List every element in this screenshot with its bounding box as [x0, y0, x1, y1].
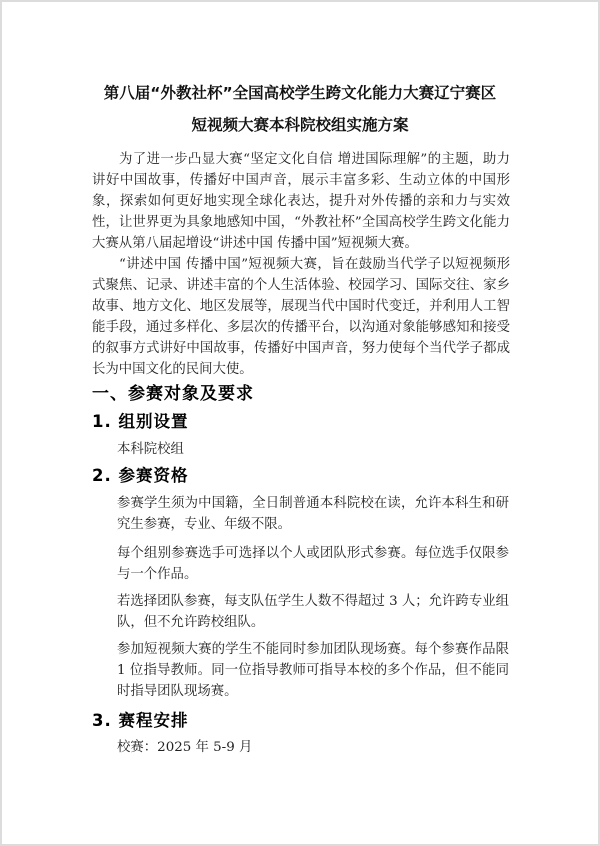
eligibility-item: 参赛学生须为中国籍，全日制普通本科院校在读，允许本科生和研究生参赛，专业、年级不… [117, 493, 509, 535]
intro-paragraph-2: “讲述中国 传播中国”短视频大赛，旨在鼓励当代学子以短视频形式聚焦、记录、讲述丰… [92, 254, 510, 380]
document-title-line-1: 第八届“外教社杯”全国高校学生跨文化能力大赛辽宁赛区 [2, 81, 598, 103]
subsection-heading-groups: 1. 组别设置 [92, 408, 189, 432]
subsection-heading-eligibility: 2. 参赛资格 [92, 462, 189, 486]
eligibility-item: 参加短视频大赛的学生不能同时参加团队现场赛。每个参赛作品限 1 位指导教师。同一… [117, 639, 509, 702]
document-title-line-2: 短视频大赛本科院校组实施方案 [2, 113, 598, 135]
intro-paragraph-1: 为了进一步凸显大赛“坚定文化自信 增进国际理解”的主题，助力讲好中国故事，传播好… [92, 149, 510, 254]
subsection-heading-schedule: 3. 赛程安排 [92, 707, 189, 731]
group-setting-text: 本科院校组 [117, 439, 509, 460]
eligibility-item: 每个组别参赛选手可选择以个人或团队形式参赛。每位选手仅限参与一个作品。 [117, 543, 509, 585]
section-heading-participants: 一、参赛对象及要求 [92, 379, 254, 404]
schedule-item: 校赛：2025 年 5-9 月 [117, 737, 509, 758]
document-page: 第八届“外教社杯”全国高校学生跨文化能力大赛辽宁赛区 短视频大赛本科院校组实施方… [2, 2, 598, 844]
eligibility-item: 若选择团队参赛，每支队伍学生人数不得超过 3 人；允许跨专业组队，但不允许跨校组… [117, 591, 509, 633]
